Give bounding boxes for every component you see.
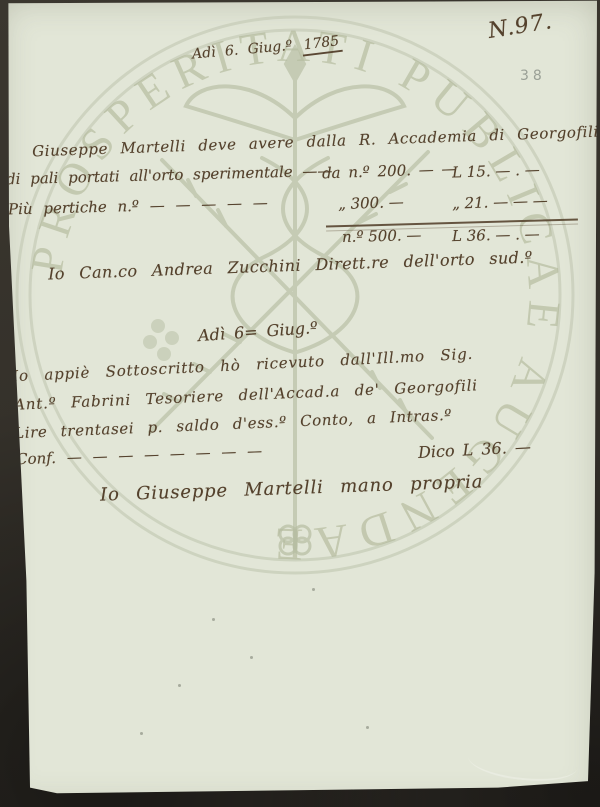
paper-sheet: PROSPERITATI PUBLICAE AUGENDAE N.97. 38 …	[0, 0, 600, 807]
seal-bottom-ornament-icon	[280, 526, 310, 554]
account-line-3-quantity: „ 300. —	[338, 193, 404, 213]
receipt-line-3: Lire trentasei p. saldo d'ess.º Conto, a…	[14, 406, 452, 442]
paper-crease	[466, 738, 579, 785]
account-line-3-amount: „ 21. — — —	[452, 191, 548, 212]
account-total-quantity: n.º 500. —	[342, 226, 422, 246]
martelli-signature: Io Giuseppe Martelli mano propria	[100, 471, 484, 505]
heading-date-year: 1785	[301, 33, 343, 57]
account-line-2-amount: L 15. — . —	[452, 160, 540, 181]
receipt-date: Adì 6= Giug.º	[197, 318, 318, 345]
scanned-manuscript-page: { "document": { "number": "N.97.", "arch…	[0, 0, 600, 807]
document-number: N.97.	[486, 9, 554, 44]
account-line-1: Giuseppe Martelli deve avere dalla R. Ac…	[32, 122, 600, 161]
receipt-amount-in-words: Dico L 36. —	[418, 437, 532, 462]
heading-date: Adì 6. Giug.º 1785	[191, 34, 342, 66]
heading-date-prefix: Adì 6. Giug.º	[191, 38, 292, 63]
left-wing-icon	[186, 86, 295, 140]
director-signature: Io Can.co Andrea Zucchini Dirett.re dell…	[48, 248, 533, 284]
grape-cluster-icon	[143, 319, 179, 361]
receipt-line-4-left: Conf. — — — — — — — —	[16, 442, 263, 469]
account-line-2-quantity: da n.º 200. — —	[322, 160, 457, 183]
caduceus-icon	[150, 48, 432, 548]
archive-stamp-number: 38	[520, 68, 546, 84]
account-total-amount: L 36. — . —	[452, 225, 540, 245]
account-line-2-description: di pali portati all'orto sperimentale ——	[6, 162, 333, 189]
account-line-3-description: Più pertiche n.º — — — — —	[8, 194, 268, 219]
